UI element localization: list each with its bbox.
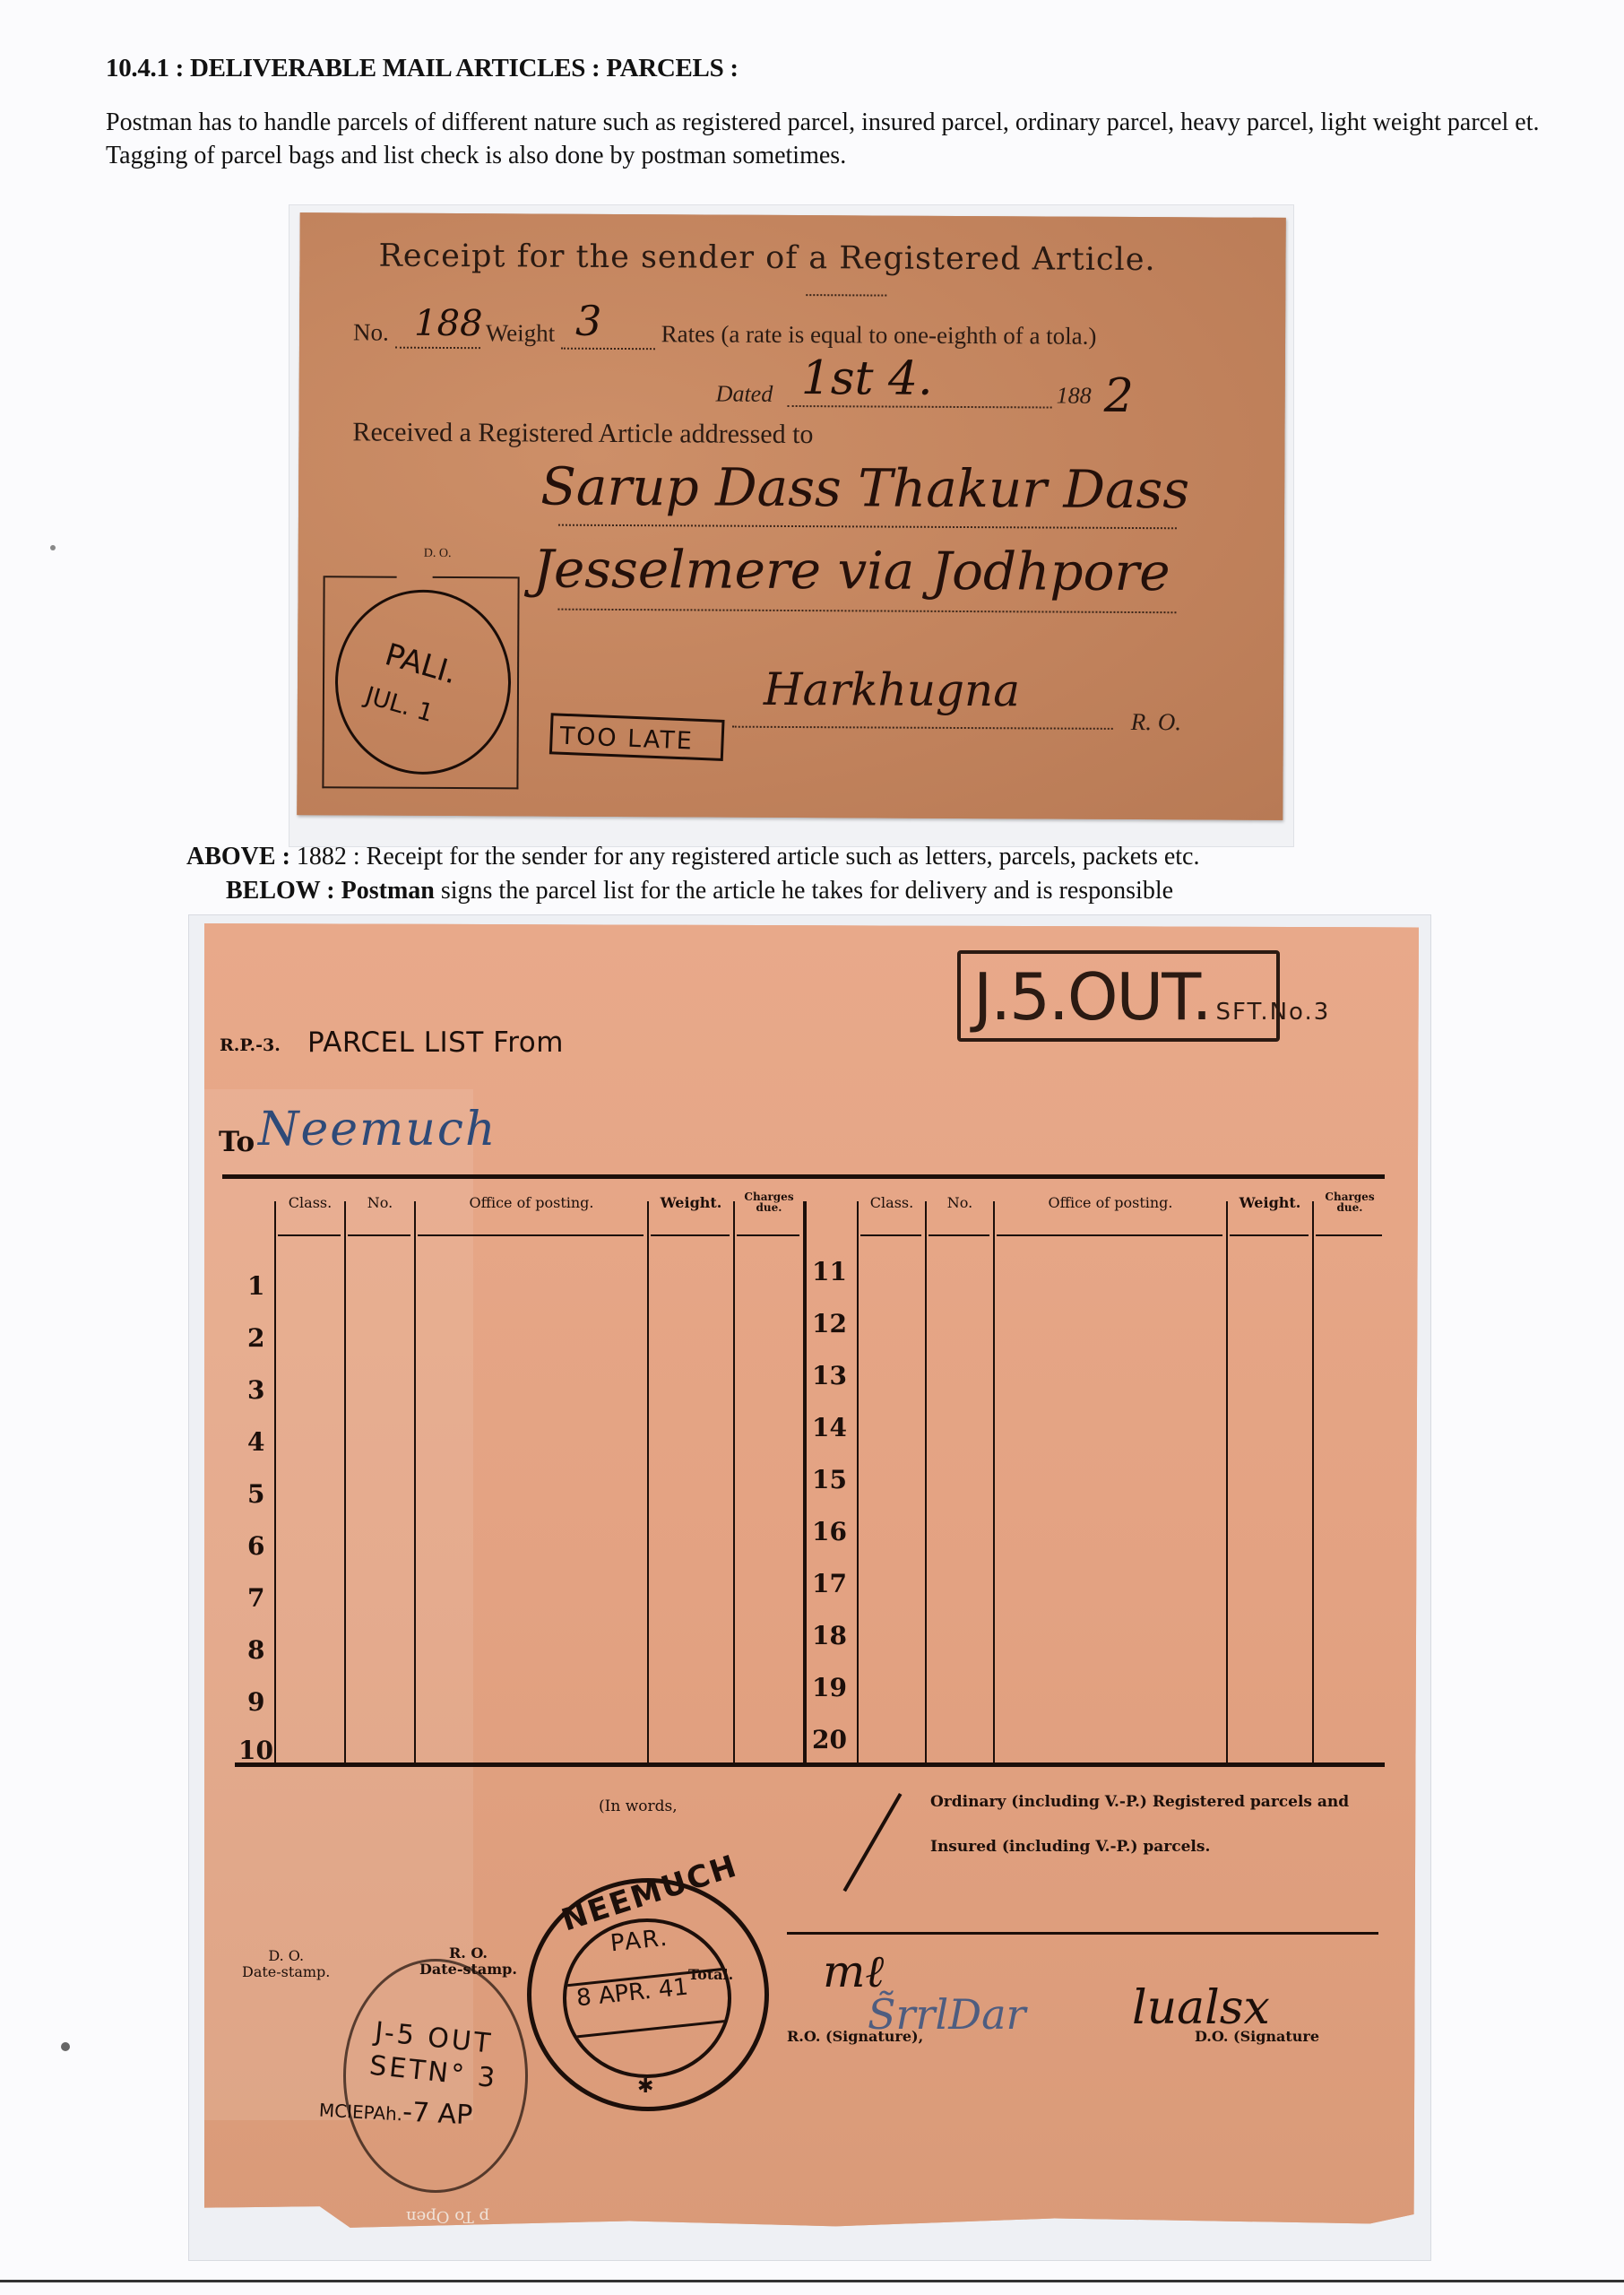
row-number: 4 bbox=[247, 1427, 264, 1457]
row-number: 9 bbox=[247, 1687, 264, 1717]
too-late-stamp: TOO LATE bbox=[549, 713, 725, 761]
row-number: 16 bbox=[812, 1517, 847, 1546]
weight-handwritten: 3 bbox=[575, 297, 602, 345]
page-heading: 10.4.1 : DELIVERABLE MAIL ARTICLES : PAR… bbox=[106, 54, 739, 83]
address-dotted-line-1 bbox=[558, 524, 1177, 530]
pali-postmark: PALI. JUL. 1 bbox=[334, 589, 511, 775]
col-divider bbox=[925, 1201, 927, 1764]
box-stamp-date: J.5.OUT. bbox=[973, 965, 1211, 1029]
intro-paragraph: Postman has to handle parcels of differe… bbox=[106, 106, 1576, 172]
ro-dotted-line bbox=[732, 726, 1113, 730]
col-header-no: No. bbox=[346, 1194, 414, 1211]
row-number: 7 bbox=[247, 1583, 264, 1613]
row-number: 3 bbox=[247, 1375, 264, 1405]
header-underline bbox=[737, 1234, 799, 1236]
dated-label: Dated bbox=[716, 381, 773, 408]
mirrored-print-text: p To Open bbox=[406, 2207, 489, 2226]
in-words-label: (In words, bbox=[599, 1797, 678, 1815]
do-signature: lualsx bbox=[1132, 1981, 1270, 2035]
table-center-divider bbox=[803, 1201, 807, 1764]
address-dotted-line-2 bbox=[557, 609, 1176, 614]
col-header-weight-right: Weight. bbox=[1228, 1194, 1312, 1211]
col-divider bbox=[993, 1201, 995, 1764]
parcel-list-title: PARCEL LIST From bbox=[307, 1026, 564, 1059]
do-date-stamp-label: D. O. Date-stamp. bbox=[242, 1948, 330, 1980]
col-header-weight: Weight. bbox=[649, 1194, 733, 1211]
col-header-charges-right: Charges due. bbox=[1314, 1191, 1386, 1213]
page-bottom-rule bbox=[0, 2280, 1624, 2282]
handwritten-slash bbox=[843, 1793, 903, 1892]
speck bbox=[50, 545, 56, 550]
postmark-date: JUL. 1 bbox=[362, 682, 436, 728]
col-header-charges: Charges due. bbox=[735, 1191, 803, 1213]
caption-above-label: ABOVE : bbox=[186, 843, 290, 870]
ro-signature-label: R.O. (Signature), bbox=[787, 2028, 923, 2045]
row-number: 13 bbox=[812, 1361, 847, 1390]
row-number: 15 bbox=[812, 1465, 847, 1494]
setn-line-3-date: -7 AP bbox=[402, 2096, 473, 2131]
receiver-signature: Harkhugna bbox=[764, 663, 1020, 716]
header-underline bbox=[278, 1234, 341, 1236]
row-number: 5 bbox=[247, 1479, 264, 1509]
receipt-title: Receipt for the sender of a Registered A… bbox=[378, 238, 1155, 279]
row-number: 18 bbox=[812, 1621, 847, 1650]
caption-below-text: signs the parcel list for the article he… bbox=[435, 877, 1173, 905]
row-number: 8 bbox=[247, 1635, 264, 1665]
setn-line-3: MCIEPAh.-7 AP bbox=[318, 2092, 473, 2132]
ordinary-parcels-line-1: Ordinary (including V.-P.) Registered pa… bbox=[930, 1793, 1349, 1811]
year-suffix-handwritten: 2 bbox=[1104, 369, 1134, 423]
form-code: R.P.-3. bbox=[220, 1035, 281, 1055]
header-underline bbox=[997, 1234, 1222, 1236]
dated-handwritten: 1st 4. bbox=[801, 351, 933, 406]
col-divider bbox=[1312, 1201, 1314, 1764]
addressee-line-1: Sarup Dass Thakur Dass bbox=[540, 456, 1189, 521]
box-datestamp: J.5.OUT. SFT.No.3 bbox=[957, 950, 1280, 1042]
postmark-place: PALI. bbox=[381, 637, 461, 691]
col-divider bbox=[414, 1201, 416, 1764]
neemuch-postmark: NEEMUCH PAR. 8 APR. 41 ✱ bbox=[527, 1878, 769, 2111]
caption-above-text: 1882 : Receipt for the sender for any re… bbox=[290, 843, 1200, 870]
setn-postmark: J-5 OUT SETN° 3 MCIEPAh.-7 AP bbox=[343, 1959, 528, 2193]
header-underline bbox=[860, 1234, 921, 1236]
header-underline bbox=[1316, 1234, 1382, 1236]
caption-below: BELOW : Postman signs the parcel list fo… bbox=[226, 877, 1173, 905]
header-underline bbox=[348, 1234, 410, 1236]
received-text: Received a Registered Article addressed … bbox=[352, 417, 813, 450]
col-divider bbox=[647, 1201, 649, 1764]
row-number: 11 bbox=[812, 1257, 847, 1286]
to-label: To bbox=[219, 1126, 255, 1158]
weight-label: Weight bbox=[486, 319, 555, 346]
signature-section-rule bbox=[787, 1932, 1378, 1935]
row-number: 1 bbox=[247, 1271, 264, 1301]
row-number: 6 bbox=[247, 1531, 264, 1561]
col-header-office: Office of posting. bbox=[416, 1194, 647, 1211]
ordinary-parcels-line-2: Insured (including V.-P.) parcels. bbox=[930, 1838, 1210, 1856]
header-underline bbox=[418, 1234, 644, 1236]
header-underline bbox=[1230, 1234, 1309, 1236]
col-header-class-right: Class. bbox=[859, 1194, 925, 1211]
speck bbox=[61, 2042, 70, 2051]
col-divider bbox=[344, 1201, 346, 1764]
decorative-rule bbox=[806, 294, 886, 299]
col-header-office-right: Office of posting. bbox=[995, 1194, 1226, 1211]
addressee-line-2: Jesselmere via Jodhpore bbox=[533, 538, 1170, 602]
caption-below-bold: Postman bbox=[335, 877, 435, 905]
row-number: 17 bbox=[812, 1569, 847, 1598]
registered-receipt-card: Receipt for the sender of a Registered A… bbox=[297, 212, 1286, 820]
parcel-list-form: R.P.-3. PARCEL LIST From To Neemuch J.5.… bbox=[204, 923, 1419, 2250]
row-number: 10 bbox=[238, 1736, 273, 1765]
receipt-number-handwritten: 188 bbox=[414, 303, 483, 344]
row-number: 2 bbox=[247, 1323, 264, 1353]
row-number: 19 bbox=[812, 1673, 847, 1702]
col-divider bbox=[1226, 1201, 1228, 1764]
to-destination-handwritten: Neemuch bbox=[258, 1103, 497, 1156]
col-header-no-right: No. bbox=[927, 1194, 993, 1211]
ro-label: R. O. bbox=[1131, 708, 1181, 736]
row-number: 14 bbox=[812, 1413, 847, 1442]
row-number: 20 bbox=[812, 1725, 847, 1754]
row-number: 12 bbox=[812, 1309, 847, 1338]
header-underline bbox=[929, 1234, 989, 1236]
table-top-rule bbox=[222, 1174, 1385, 1179]
col-divider bbox=[274, 1201, 276, 1764]
header-underline bbox=[651, 1234, 730, 1236]
caption-below-label: BELOW : bbox=[226, 877, 335, 905]
box-stamp-shift: SFT.No.3 bbox=[1216, 999, 1331, 1026]
no-label: No. bbox=[353, 318, 389, 345]
col-divider bbox=[733, 1201, 735, 1764]
rates-text: Rates (a rate is equal to one-eighth of … bbox=[661, 320, 1097, 350]
setn-line-3-prefix: MCIEPAh. bbox=[318, 2100, 402, 2126]
col-divider bbox=[857, 1201, 859, 1764]
do-label: D. O. bbox=[424, 547, 452, 561]
year-prefix: 188 bbox=[1057, 383, 1092, 410]
star-icon: ✱ bbox=[637, 2074, 653, 2098]
caption-above: ABOVE : 1882 : Receipt for the sender fo… bbox=[186, 843, 1199, 871]
do-signature-label: D.O. (Signature bbox=[1195, 2028, 1319, 2045]
col-header-class: Class. bbox=[276, 1194, 344, 1211]
table-bottom-rule bbox=[235, 1762, 1385, 1767]
